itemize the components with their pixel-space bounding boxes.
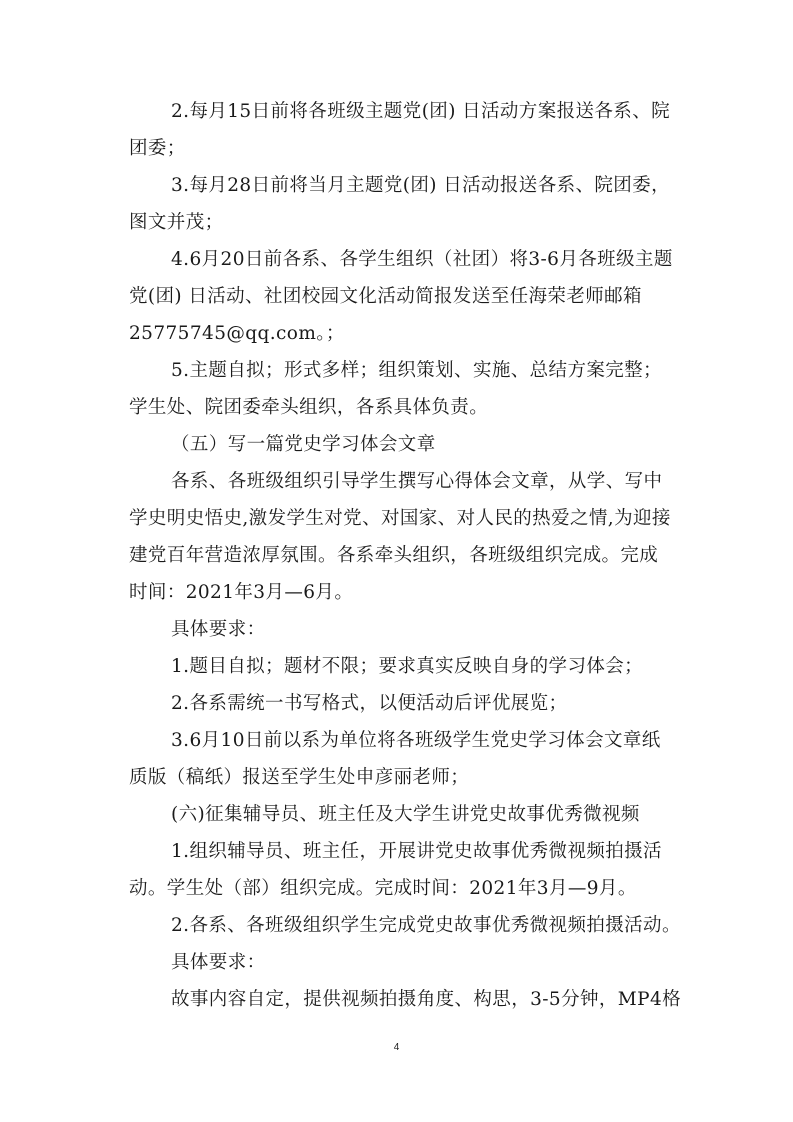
document-page: 2.每月15日前将各班级主题党(团) 日活动方案报送各系、院 团委； 3.每月2… xyxy=(0,0,793,1122)
text-line: 学史明史悟史,激发学生对党、对国家、对人民的热爱之情,为迎接 xyxy=(129,501,671,537)
text-line: 动。学生处（部）组织完成。完成时间：2021年3月—9月。 xyxy=(129,871,637,907)
text-line: 学生处、院团委牵头组织，各系具体负责。 xyxy=(129,390,488,426)
text-line: 2.各系、各班级组织学生完成党史故事优秀微视频拍摄活动。 xyxy=(171,908,681,944)
email-text-line: 25775745@qq.com。； xyxy=(129,316,345,352)
requirements-label: 具体要求： xyxy=(171,945,266,981)
text-line: 党(团) 日活动、社团校园文化活动简报发送至任海荣老师邮箱 xyxy=(129,279,642,315)
text-line: 1.题目自拟；题材不限；要求真实反映自身的学习体会； xyxy=(171,649,643,685)
text-line: 各系、各班级组织引导学生撰写心得体会文章，从学、写中 xyxy=(171,464,662,500)
text-line: 5.主题自拟；形式多样；组织策划、实施、总结方案完整； xyxy=(171,353,662,389)
text-line: 质版（稿纸）报送至学生处申彦丽老师； xyxy=(129,760,469,796)
text-line: 故事内容自定，提供视频拍摄角度、构思，3-5分钟，MP4格 xyxy=(171,982,681,1018)
text-line: 4.6月20日前各系、各学生组织（社团）将3-6月各班级主题 xyxy=(171,242,673,278)
section-heading-five: （五）写一篇党史学习体会文章 xyxy=(171,427,436,463)
section-heading-six: (六)征集辅导员、班主任及大学生讲党史故事优秀微视频 xyxy=(171,797,640,833)
requirements-label: 具体要求： xyxy=(171,612,266,648)
text-line: 2.各系需统一书写格式，以便活动后评优展览； xyxy=(171,686,567,722)
text-line: 图文并茂； xyxy=(129,205,224,241)
text-line: 建党百年营造浓厚氛围。各系牵头组织，各班级组织完成。完成 xyxy=(129,538,658,574)
page-number: 4 xyxy=(0,1042,793,1053)
text-line: 时间：2021年3月—6月。 xyxy=(129,575,353,611)
text-line: 团委； xyxy=(129,131,186,167)
text-line: 3.每月28日前将当月主题党(团) 日活动报送各系、院团委， xyxy=(171,168,670,204)
text-line: 2.每月15日前将各班级主题党(团) 日活动方案报送各系、院 xyxy=(171,94,670,130)
text-line: 1.组织辅导员、班主任，开展讲党史故事优秀微视频拍摄活 xyxy=(171,834,662,870)
text-line: 3.6月10日前以系为单位将各班级学生党史学习体会文章纸 xyxy=(171,723,661,759)
